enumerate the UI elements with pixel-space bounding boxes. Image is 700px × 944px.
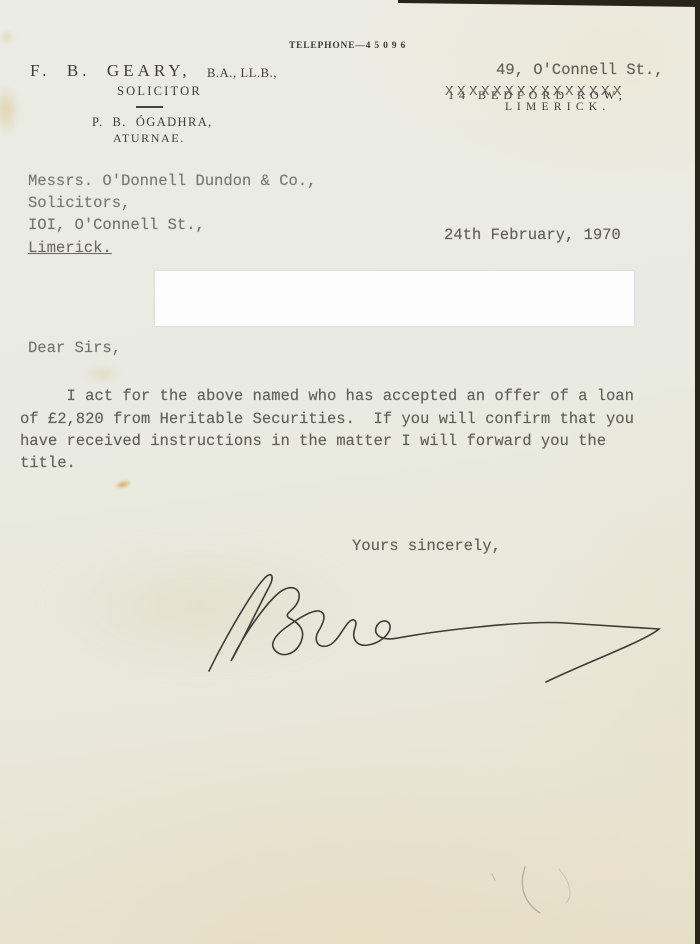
pencil-arc-mark [522, 867, 540, 913]
signature-scrawl [0, 0, 700, 944]
pencil-arc-mark-faint [559, 869, 570, 903]
letter-page: TELEPHONE—4 5 0 9 6 F. B. GEARY, B.A., L… [0, 0, 700, 944]
pencil-tick-mark [492, 874, 495, 880]
signature-ink-path [209, 575, 659, 682]
